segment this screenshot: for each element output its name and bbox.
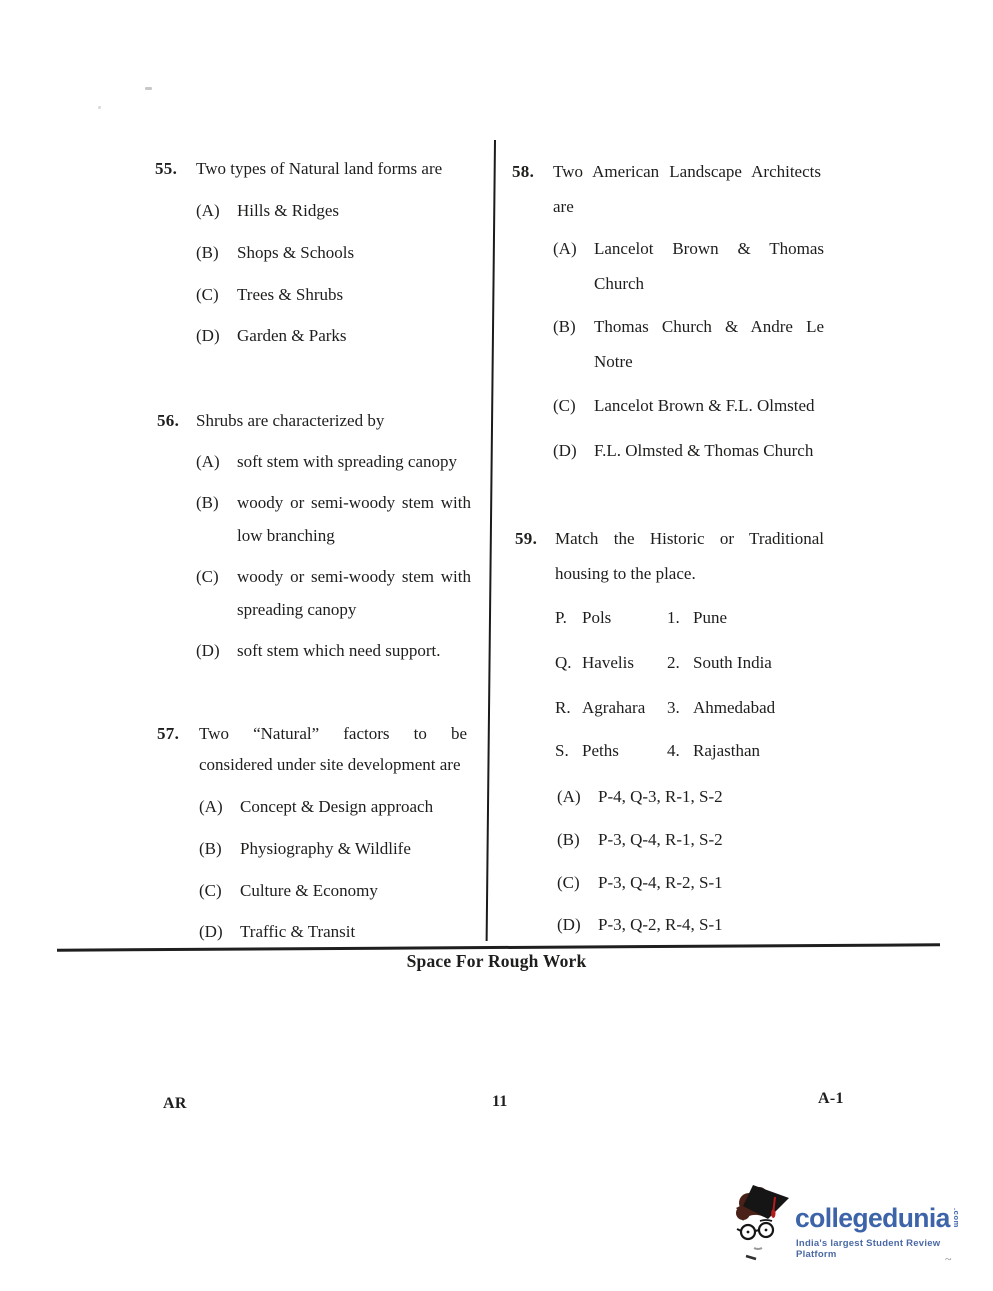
option-text: Concept & Design approach — [240, 796, 433, 818]
option-label: (B) — [557, 829, 580, 851]
option-text: P-3, Q-4, R-2, S-1 — [598, 872, 723, 894]
question-text-line: housing to the place. — [555, 563, 696, 585]
question-text-line: are — [553, 196, 574, 218]
brand-suffix-text: .com — [952, 1208, 961, 1228]
rough-work-rule — [57, 943, 940, 951]
match-place: Pune — [693, 607, 727, 629]
question-text: Two types of Natural land forms are — [196, 158, 442, 180]
question-number: 59. — [515, 528, 537, 550]
question-number: 57. — [157, 723, 179, 745]
question-56: 56. Shrubs are characterized by (A) soft… — [155, 410, 490, 670]
option-text-line: Lancelot Brown & Thomas — [594, 238, 824, 260]
collegedunia-mascot-icon — [733, 1181, 791, 1263]
match-item: Pols — [582, 607, 611, 629]
match-key: R. — [555, 697, 571, 719]
match-place: Ahmedabad — [693, 697, 775, 719]
match-item: Peths — [582, 740, 619, 762]
question-text-line: Two “Natural” factors to be — [199, 723, 467, 745]
rough-work-heading: Space For Rough Work — [0, 951, 993, 972]
match-num: 1. — [667, 607, 680, 629]
option-label: (B) — [196, 242, 219, 264]
match-num: 3. — [667, 697, 680, 719]
option-text: Culture & Economy — [240, 880, 378, 902]
option-label: (A) — [196, 451, 220, 473]
match-item: Agrahara — [582, 697, 645, 719]
option-text: soft stem with spreading canopy — [237, 451, 457, 473]
option-label: (B) — [199, 838, 222, 860]
option-text: soft stem which need support. — [237, 640, 441, 662]
option-label: (A) — [199, 796, 223, 818]
option-label: (C) — [557, 872, 580, 894]
footer-code-right: A-1 — [818, 1090, 844, 1108]
brand-text: collegedunia — [795, 1203, 950, 1233]
option-text-line: low branching — [237, 525, 335, 547]
option-text: Traffic & Transit — [240, 921, 355, 943]
match-place: South India — [693, 652, 772, 674]
option-label: (A) — [553, 238, 577, 260]
option-label: (C) — [196, 284, 219, 306]
option-text: Trees & Shrubs — [237, 284, 343, 306]
question-number: 55. — [155, 158, 177, 180]
option-label: (C) — [199, 880, 222, 902]
option-text-line: Church — [594, 273, 644, 295]
question-text-line: considered under site development are — [199, 754, 461, 776]
option-label: (B) — [553, 316, 576, 338]
page-number: 11 — [492, 1093, 508, 1111]
question-58: 58. Two American Landscape Architects ar… — [512, 161, 847, 471]
footer-code-left: AR — [163, 1095, 187, 1113]
question-number: 58. — [512, 161, 534, 183]
option-text: Shops & Schools — [237, 242, 354, 264]
option-text: Hills & Ridges — [237, 200, 339, 222]
option-text: P-3, Q-2, R-4, S-1 — [598, 914, 723, 936]
match-place: Rajasthan — [693, 740, 760, 762]
option-label: (D) — [557, 914, 581, 936]
option-text: Lancelot Brown & F.L. Olmsted — [594, 395, 815, 417]
option-text-line: woody or semi-woody stem with — [237, 566, 471, 588]
question-59: 59. Match the Historic or Traditional ho… — [512, 528, 847, 938]
brand-tagline: India's largest Student Review Platform — [796, 1238, 978, 1260]
option-text: P-3, Q-4, R-1, S-2 — [598, 829, 723, 851]
match-key: P. — [555, 607, 567, 629]
option-text-line: woody or semi-woody stem with — [237, 492, 471, 514]
option-text: F.L. Olmsted & Thomas Church — [594, 440, 813, 462]
match-item: Havelis — [582, 652, 634, 674]
option-text-line: Thomas Church & Andre Le — [594, 316, 824, 338]
match-key: S. — [555, 740, 569, 762]
match-key: Q. — [555, 652, 572, 674]
option-label: (D) — [196, 640, 220, 662]
question-number: 56. — [157, 410, 179, 432]
question-55: 55. Two types of Natural land forms are … — [155, 158, 490, 348]
collegedunia-logo: collegedunia .com India's largest Studen… — [733, 1181, 978, 1267]
option-label: (A) — [196, 200, 220, 222]
question-57: 57. Two “Natural” factors to be consider… — [157, 723, 492, 943]
option-label: (D) — [199, 921, 223, 943]
option-text-line: spreading canopy — [237, 599, 356, 621]
option-text: Physiography & Wildlife — [240, 838, 411, 860]
scan-speck — [98, 106, 101, 109]
exam-paper-page: ~ 55. Two types of Natural land forms ar… — [0, 0, 993, 1291]
option-label: (C) — [553, 395, 576, 417]
option-label: (C) — [196, 566, 219, 588]
question-text-line: Two American Landscape Architects — [553, 161, 821, 183]
option-text-line: Notre — [594, 351, 633, 373]
option-text: P-4, Q-3, R-1, S-2 — [598, 786, 723, 808]
question-text: Shrubs are characterized by — [196, 410, 384, 432]
option-label: (D) — [553, 440, 577, 462]
option-text: Garden & Parks — [237, 325, 347, 347]
question-text-line: Match the Historic or Traditional — [555, 528, 824, 550]
match-num: 4. — [667, 740, 680, 762]
option-label: (B) — [196, 492, 219, 514]
scan-speck — [145, 87, 152, 90]
match-num: 2. — [667, 652, 680, 674]
option-label: (A) — [557, 786, 581, 808]
option-label: (D) — [196, 325, 220, 347]
